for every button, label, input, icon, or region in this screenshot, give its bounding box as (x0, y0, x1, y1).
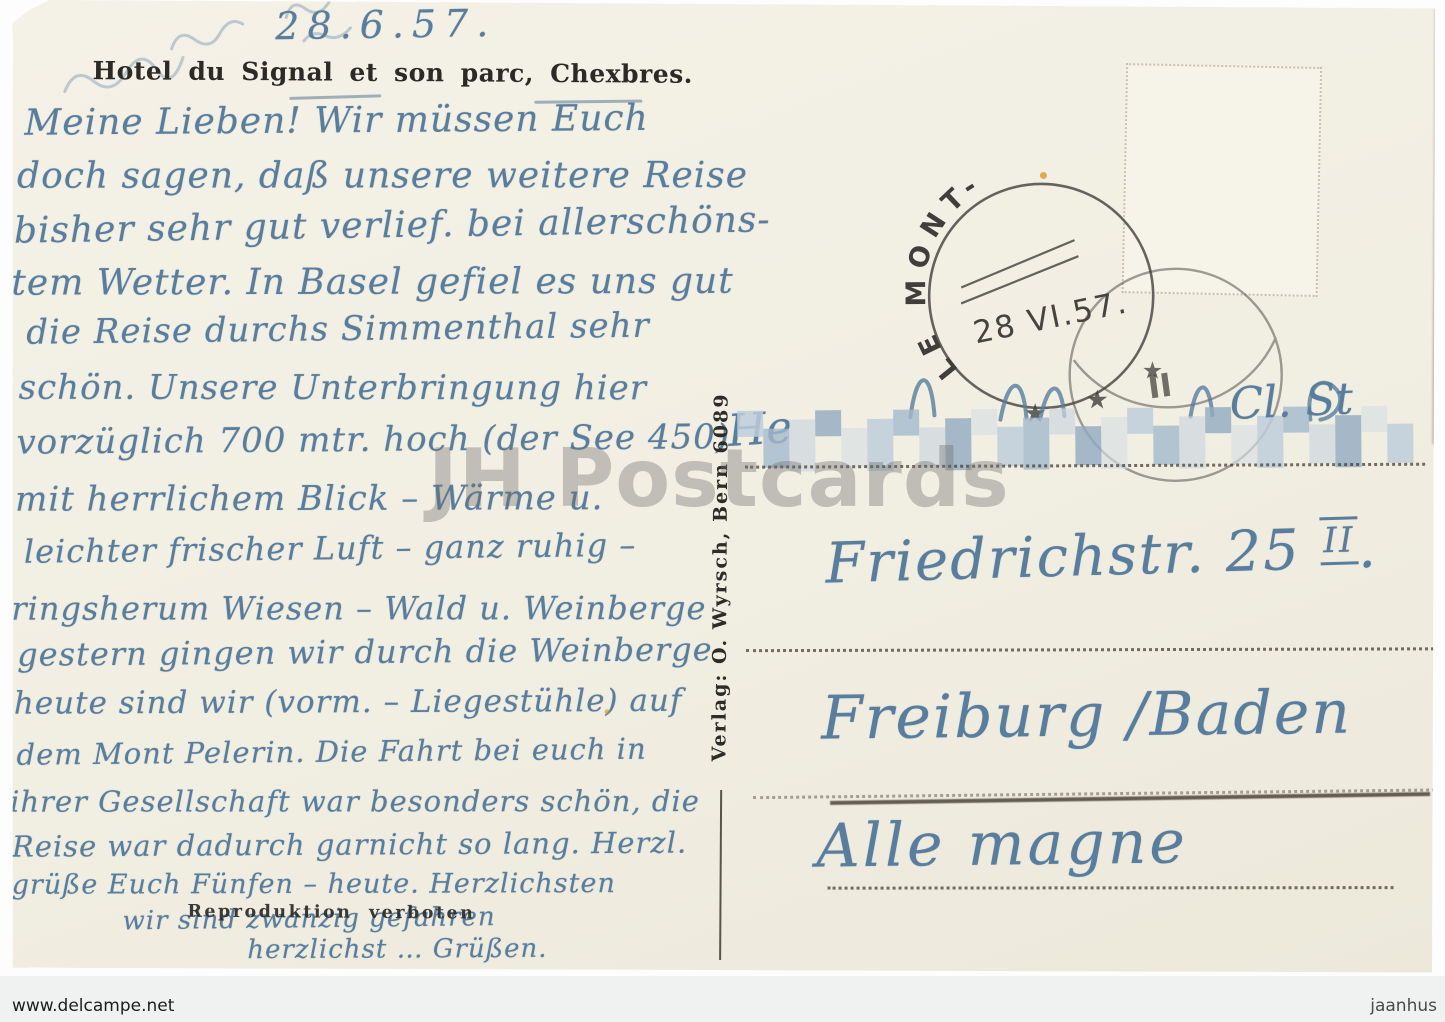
mosaic-cell (1153, 426, 1179, 465)
mosaic-cell (1387, 424, 1413, 463)
svg-text:LE MONT-: LE MONT- (900, 166, 990, 386)
mosaic-cell (1127, 408, 1153, 434)
mosaic-cell (1309, 424, 1335, 463)
mosaic-cell (815, 410, 841, 436)
message-block: Meine Lieben! Wir müssen Euchdoch sagen,… (7, 0, 753, 972)
mosaic-cell (1023, 418, 1049, 470)
mosaic-cell (997, 427, 1023, 466)
message-line-5: die Reise durchs Simmenthal sehr (26, 309, 650, 350)
mosaic-cell (893, 410, 919, 436)
message-line-13: dem Mont Pelerin. Die Fahrt bei euch in (16, 735, 646, 770)
street-text: Friedrichstr. 25 (825, 518, 1302, 597)
street-period: . (1357, 516, 1379, 582)
message-line-10: ringsherum Wiesen – Wald u. Weinberge (11, 592, 706, 625)
mosaic-cell (789, 419, 815, 471)
mosaic-cell (945, 418, 971, 470)
address-name-fragment: Cl. St (1229, 377, 1354, 427)
mosaic-cell (1101, 417, 1127, 469)
mosaic-cell (919, 427, 945, 466)
mosaic-cell (1049, 408, 1075, 434)
address-country: Alle magne (816, 812, 1188, 876)
postmark-date: 28 VI.57. (970, 284, 1131, 351)
floor-numeral: II (1320, 516, 1359, 565)
mosaic-cell (1075, 426, 1101, 465)
seller-watermark: jaanhus (1370, 996, 1437, 1016)
message-line-15: Reise war dadurch garnicht so lang. Herz… (12, 829, 687, 862)
message-line-4: tem Wetter. In Basel gefiel es uns gut (11, 264, 733, 302)
mosaic-cell (763, 429, 789, 468)
delcampe-watermark: www.delcampe.net (12, 996, 174, 1016)
message-line-7: vorzüglich 700 mtr. hoch (der See 450) (16, 420, 730, 460)
mosaic-cell (1361, 406, 1387, 432)
address-street: Friedrichstr. 25 II. (825, 521, 1379, 593)
age-spot (1040, 172, 1047, 179)
message-line-14: ihrer Gesellschaft war besonders schön, … (10, 787, 700, 817)
mosaic-cell (1179, 416, 1205, 468)
address-city: Freiburg /Baden (821, 683, 1353, 749)
scan-margin-strip: www.delcampe.net jaanhus (0, 976, 1445, 1022)
reproduction-notice: Reproduktion verboten (187, 904, 475, 923)
message-line-16: grüße Euch Fünfen – heute. Herzlichsten (12, 870, 616, 899)
mosaic-cell (737, 411, 763, 437)
message-line-12: heute sind wir (vorm. – Liegestühle) auf (14, 686, 683, 720)
message-line-2: doch sagen, daß unsere weitere Reise (17, 158, 748, 195)
message-line-9: leichter frischer Luft – ganz ruhig – (24, 529, 637, 568)
scanned-postcard-back: www.delcampe.net jaanhus 28.6.57. Hotel … (0, 0, 1445, 1022)
mosaic-cell (1231, 425, 1257, 464)
mosaic-cell (971, 409, 997, 435)
mosaic-cell (1205, 407, 1231, 433)
mosaic-cell (841, 428, 867, 467)
message-line-11: gestern gingen wir durch die Weinberge (17, 633, 713, 670)
age-spot (605, 709, 610, 714)
mosaic-cell (867, 419, 893, 471)
message-line-3: bisher sehr gut verlief. bei allerschöns… (14, 202, 771, 249)
postcard: 28.6.57. Hotel du Signal et son parc, Ch… (7, 0, 1438, 976)
address-rule (746, 647, 1434, 652)
message-line-18: herzlichst … Grüßen. (247, 936, 547, 963)
postmark-town: LE MONT- (900, 166, 990, 386)
message-line-8: mit herrlichem Blick – Wärme u. (15, 481, 603, 517)
message-line-1: Meine Lieben! Wir müssen Euch (24, 101, 649, 142)
address-rule (828, 886, 1394, 889)
message-line-6: schön. Unsere Unterbringung hier (19, 371, 647, 406)
